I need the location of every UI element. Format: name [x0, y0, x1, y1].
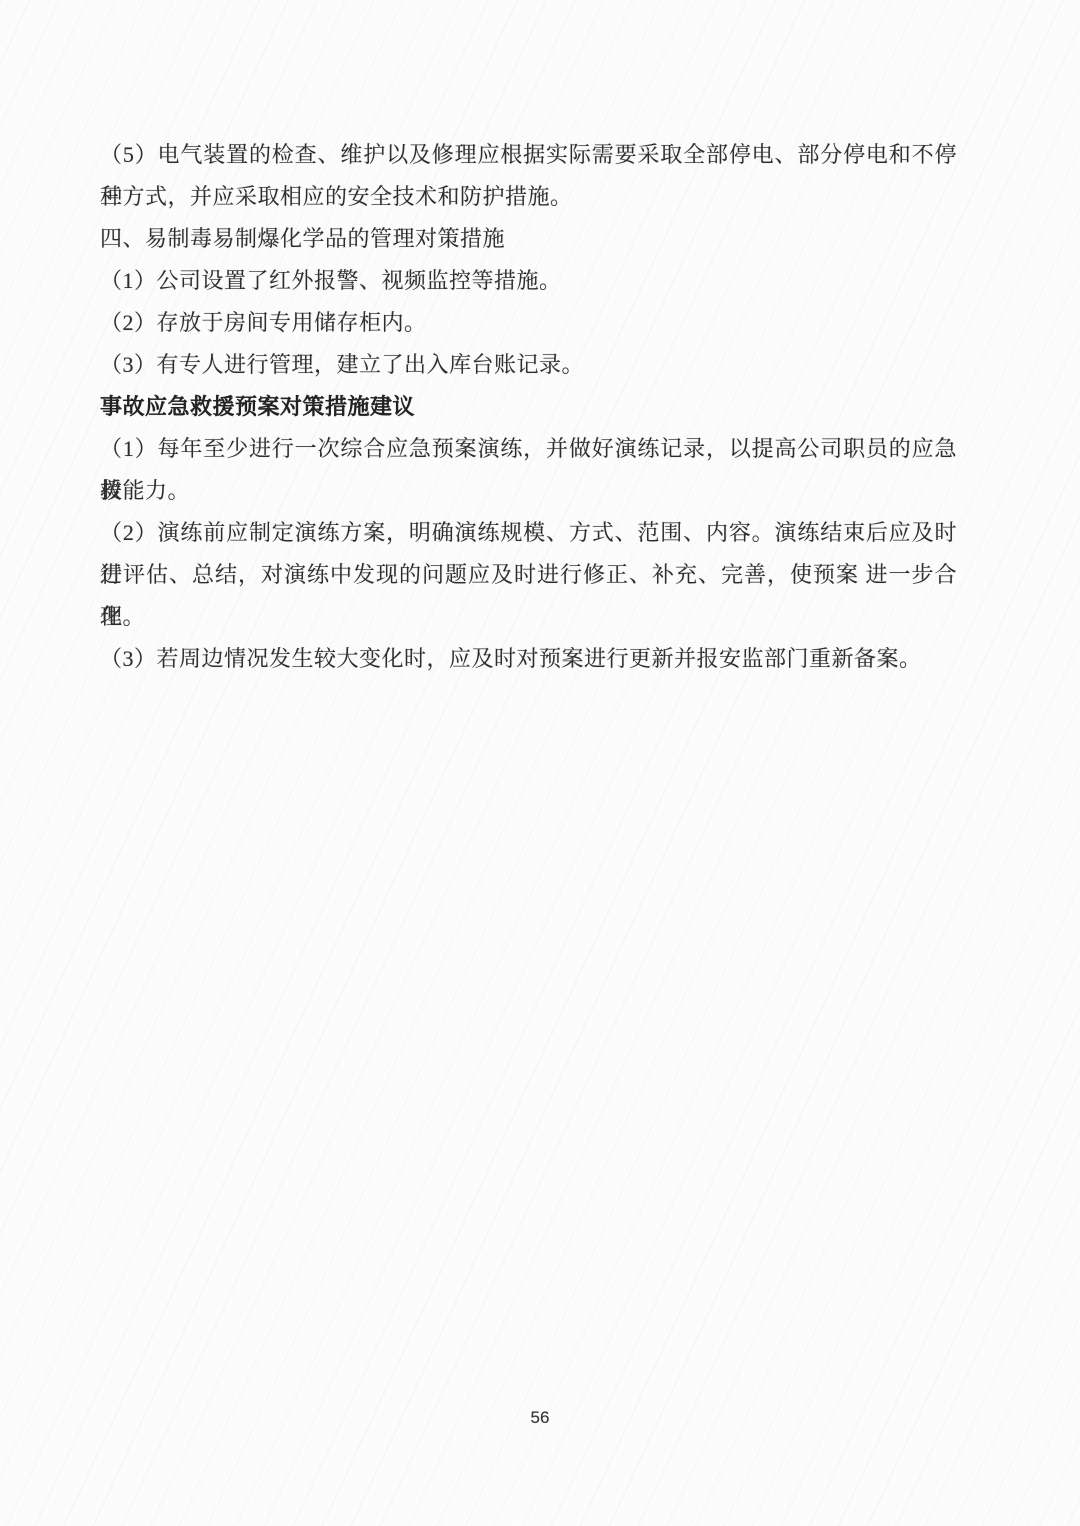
paragraph-line: 化。: [100, 596, 957, 638]
paragraph-line: （3）若周边情况发生较大变化时，应及时对预案进行更新并报安监部门重新备案。: [100, 638, 957, 680]
list-item: （2）存放于房间专用储存柜内。: [100, 302, 957, 344]
bold-section-heading: 事故应急救援预案对策措施建议: [100, 386, 957, 428]
paragraph-line: 援能力。: [100, 470, 957, 512]
list-item: （3）有专人进行管理，建立了出入库台账记录。: [100, 344, 957, 386]
paragraph-line: （1）每年至少进行一次综合应急预案演练，并做好演练记录，以提高公司职员的应急救: [100, 428, 957, 470]
list-item: （1）公司设置了红外报警、视频监控等措施。: [100, 260, 957, 302]
paragraph-line: （2）演练前应制定演练方案，明确演练规模、方式、范围、内容。演练结束后应及时进: [100, 512, 957, 554]
paragraph-line: 行评估、总结，对演练中发现的问题应及时进行修正、补充、完善，使预案 进一步合理: [100, 554, 957, 596]
page-number: 56: [0, 1408, 1080, 1428]
document-body: （5）电气装置的检查、维护以及修理应根据实际需要采取全部停电、部分停电和不停三 …: [100, 134, 957, 680]
paragraph-line: （5）电气装置的检查、维护以及修理应根据实际需要采取全部停电、部分停电和不停三: [100, 134, 957, 176]
section-heading: 四、易制毒易制爆化学品的管理对策措施: [100, 218, 957, 260]
paragraph-line: 种方式，并应采取相应的安全技术和防护措施。: [100, 176, 957, 218]
